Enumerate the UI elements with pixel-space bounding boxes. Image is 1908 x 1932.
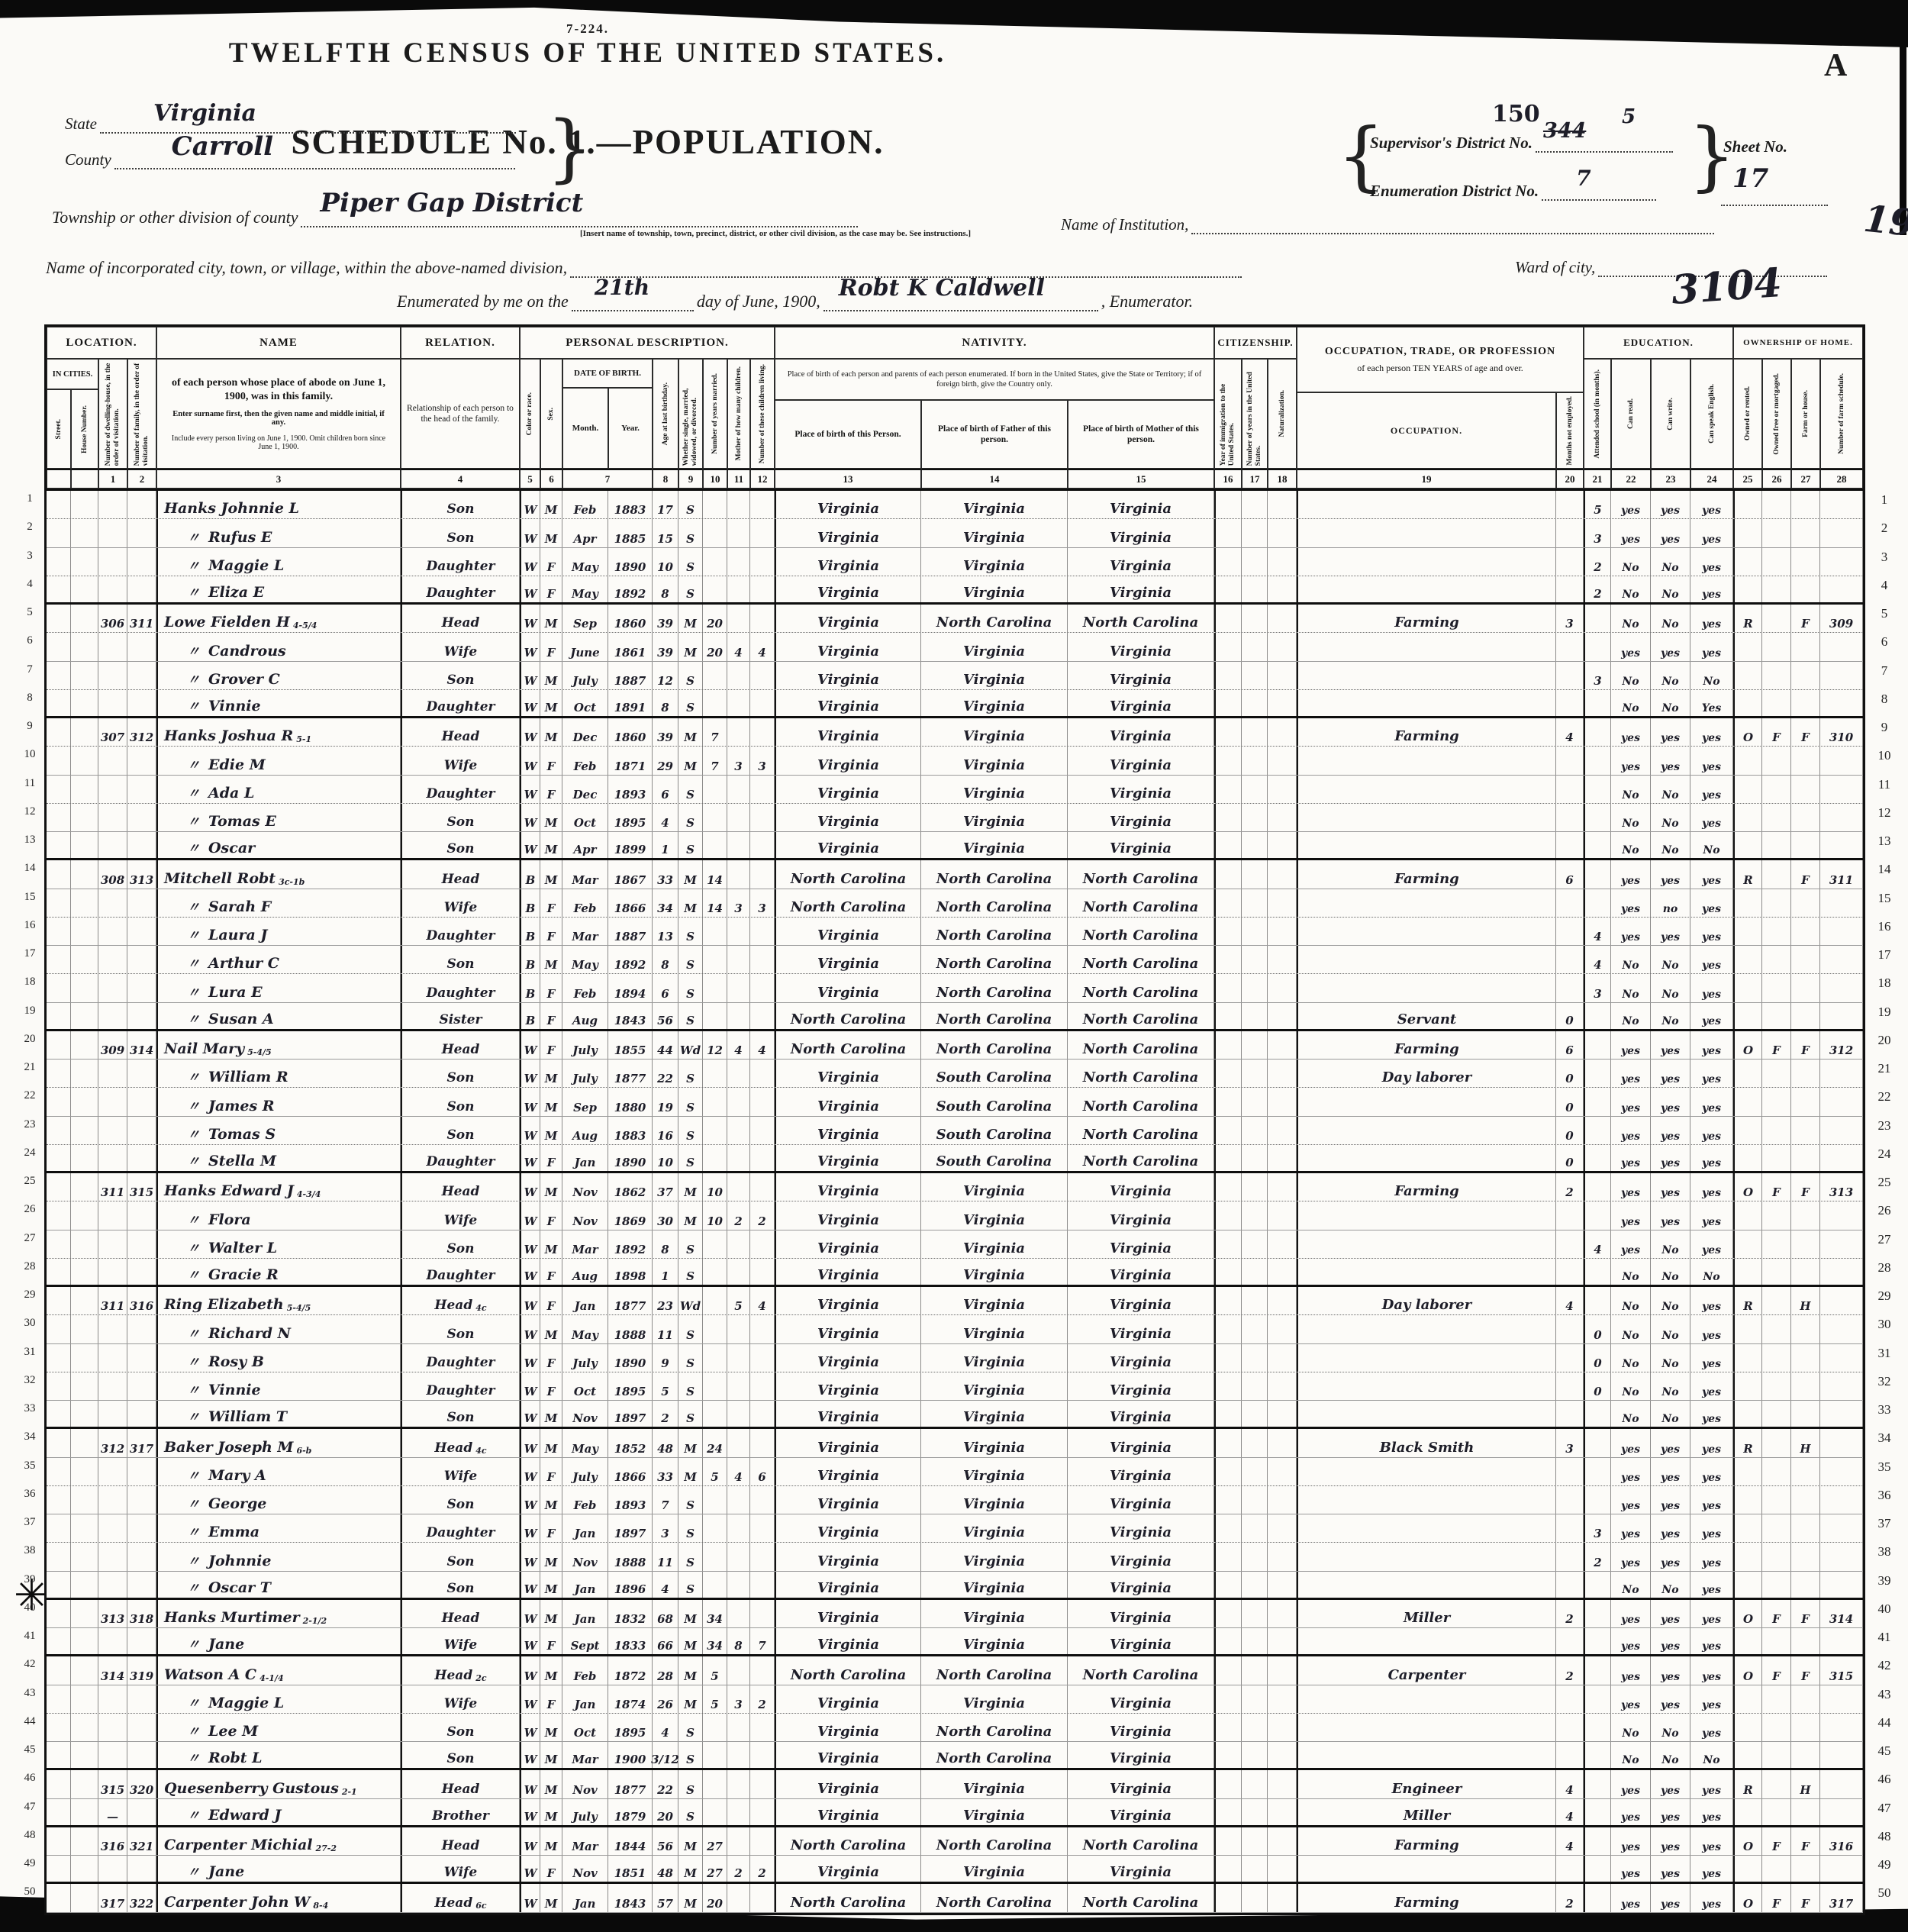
cell-school: 4 bbox=[1584, 946, 1611, 973]
cell-color: W bbox=[520, 576, 540, 602]
cell-rel: Daughter bbox=[401, 1344, 520, 1372]
cell-monthsne bbox=[1556, 918, 1584, 945]
cell-fam bbox=[127, 1572, 156, 1598]
cell-school bbox=[1584, 1060, 1611, 1087]
cell-imm bbox=[1214, 1201, 1242, 1229]
cell-marital: M bbox=[678, 1656, 703, 1684]
cell-monthsne bbox=[1556, 1344, 1584, 1372]
cell-living bbox=[750, 1259, 775, 1285]
cell-pob1: Virginia bbox=[775, 519, 921, 547]
cell-owned: O bbox=[1733, 1173, 1762, 1201]
cell-owned bbox=[1733, 519, 1762, 547]
enumerated-line: Enumerated by me on the 21th day of June… bbox=[397, 292, 1193, 311]
cell-mortg bbox=[1762, 491, 1791, 518]
institution-line: Name of Institution, bbox=[1061, 215, 1714, 234]
cell-pob1: Virginia bbox=[775, 1799, 921, 1825]
cell-street bbox=[47, 1031, 71, 1059]
cell-house bbox=[71, 804, 98, 831]
cell-rel: Daughter bbox=[401, 1372, 520, 1400]
cell-monthsne: 2 bbox=[1556, 1656, 1584, 1684]
cell-yrsmar bbox=[703, 519, 727, 547]
cell-farm bbox=[1791, 1514, 1820, 1542]
state-line: State Virginia bbox=[65, 115, 516, 134]
cell-pob1: Virginia bbox=[775, 491, 921, 518]
cell-age: 8 bbox=[653, 690, 678, 716]
cell-farm bbox=[1791, 1856, 1820, 1882]
cell-house bbox=[71, 1429, 98, 1456]
cell-sex: F bbox=[540, 918, 562, 945]
cell-pob3: Virginia bbox=[1068, 1572, 1214, 1598]
cell-english: yes bbox=[1690, 1088, 1733, 1115]
cell-owned bbox=[1733, 576, 1762, 602]
cell-street bbox=[47, 1600, 71, 1627]
line-number-left: 9 bbox=[18, 720, 41, 733]
cell-pob2: Virginia bbox=[921, 519, 1068, 547]
cell-sex: F bbox=[540, 576, 562, 602]
cell-yrsmar: 34 bbox=[703, 1600, 727, 1627]
cell-farm: F bbox=[1791, 1031, 1820, 1059]
table-row: 309314Nail Mary5-4/5HeadWFJuly185544Wd12… bbox=[47, 1031, 1863, 1060]
cell-school bbox=[1584, 633, 1611, 660]
cell-yrsmar bbox=[703, 1401, 727, 1427]
cell-school bbox=[1584, 1486, 1611, 1514]
cell-owned bbox=[1733, 1714, 1762, 1741]
cell-yrsus bbox=[1242, 1173, 1268, 1201]
cell-yrsmar: 27 bbox=[703, 1827, 727, 1855]
cell-pob2: North Carolina bbox=[921, 1714, 1068, 1741]
table-row: 〃OscarSonWMApr18991SVirginiaVirginiaVirg… bbox=[47, 832, 1863, 860]
line-number-right: 37 bbox=[1870, 1516, 1899, 1531]
cell-byear: 1887 bbox=[608, 662, 653, 689]
cell-street bbox=[47, 1117, 71, 1144]
cell-nat bbox=[1268, 1884, 1297, 1911]
cell-color: B bbox=[520, 1003, 540, 1029]
cell-read: yes bbox=[1611, 1856, 1651, 1882]
cell-house bbox=[71, 1656, 98, 1684]
line-number-left: 17 bbox=[18, 947, 41, 960]
cell-mortg bbox=[1762, 690, 1791, 716]
cell-owned: O bbox=[1733, 1884, 1762, 1911]
cell-farm bbox=[1791, 1259, 1820, 1285]
cell-schednum bbox=[1820, 548, 1863, 576]
cell-farm bbox=[1791, 1799, 1820, 1825]
cell-house bbox=[71, 605, 98, 632]
cell-byear: 1883 bbox=[608, 1117, 653, 1144]
cell-dwell bbox=[98, 1486, 127, 1514]
col-birth-month: Month. bbox=[562, 388, 608, 469]
cell-farm bbox=[1791, 889, 1820, 917]
cell-rel: Daughter bbox=[401, 690, 520, 716]
cell-occ bbox=[1297, 519, 1556, 547]
cell-nat bbox=[1268, 1060, 1297, 1087]
line-number-left: 4 bbox=[18, 578, 41, 591]
cell-mother bbox=[727, 1572, 750, 1598]
cell-pob3: North Carolina bbox=[1068, 918, 1214, 945]
cell-mother bbox=[727, 1088, 750, 1115]
col-in-cities: IN CITIES. bbox=[47, 359, 98, 389]
cell-age: 56 bbox=[653, 1827, 678, 1855]
cell-dwell bbox=[98, 1117, 127, 1144]
cell-read: No bbox=[1611, 690, 1651, 716]
line-number-right: 36 bbox=[1870, 1488, 1899, 1503]
cell-pob1: Virginia bbox=[775, 662, 921, 689]
cell-marital: S bbox=[678, 548, 703, 576]
cell-dwell: 307 bbox=[98, 718, 127, 746]
cell-yrsmar bbox=[703, 1145, 727, 1171]
population-table: LOCATION.NAMERELATION.PERSONAL DESCRIPTI… bbox=[44, 324, 1865, 1915]
cell-pob1: Virginia bbox=[775, 1287, 921, 1314]
cell-rel: Head2c bbox=[401, 1656, 520, 1684]
cell-age: 4 bbox=[653, 1714, 678, 1741]
cell-yrsmar: 20 bbox=[703, 605, 727, 632]
group-name: NAME bbox=[156, 327, 401, 359]
cell-write: yes bbox=[1651, 1799, 1690, 1825]
cell-bmonth: Jan bbox=[562, 1514, 608, 1542]
cell-age: 48 bbox=[653, 1856, 678, 1882]
cell-school bbox=[1584, 1827, 1611, 1855]
colnum-street bbox=[47, 469, 71, 489]
cell-schednum bbox=[1820, 1628, 1863, 1654]
cell-rel: Son bbox=[401, 804, 520, 831]
cell-write: No bbox=[1651, 1401, 1690, 1427]
cell-byear: 1867 bbox=[608, 860, 653, 888]
cell-owned bbox=[1733, 662, 1762, 689]
cell-fam bbox=[127, 1714, 156, 1741]
line-number-right: 8 bbox=[1870, 692, 1899, 707]
cell-color: W bbox=[520, 1656, 540, 1684]
cell-bmonth: Nov bbox=[562, 1173, 608, 1201]
cell-monthsne bbox=[1556, 690, 1584, 716]
cell-color: W bbox=[520, 1259, 540, 1285]
cell-pob3: North Carolina bbox=[1068, 1827, 1214, 1855]
cell-dwell bbox=[98, 1230, 127, 1258]
cell-dwell: 312 bbox=[98, 1429, 127, 1456]
cell-house bbox=[71, 1543, 98, 1570]
cell-occ bbox=[1297, 776, 1556, 803]
line-number-right: 17 bbox=[1870, 947, 1899, 963]
cell-living bbox=[750, 548, 775, 576]
cell-living: 2 bbox=[750, 1685, 775, 1713]
line-number-left: 35 bbox=[18, 1459, 41, 1472]
table-row: —〃Edward JBrotherWMJuly187920SVirginiaVi… bbox=[47, 1799, 1863, 1827]
cell-schednum bbox=[1820, 1742, 1863, 1768]
table-row: 〃Tomas ESonWMOct18954SVirginiaVirginiaVi… bbox=[47, 804, 1863, 832]
cell-schednum bbox=[1820, 974, 1863, 1001]
cell-name: 〃Laura J bbox=[156, 918, 401, 945]
cell-bmonth: July bbox=[562, 1031, 608, 1059]
cell-read: yes bbox=[1611, 889, 1651, 917]
cell-yrsus bbox=[1242, 1514, 1268, 1542]
cell-owned bbox=[1733, 1543, 1762, 1570]
cell-monthsne bbox=[1556, 832, 1584, 858]
cell-write: No bbox=[1651, 776, 1690, 803]
cell-rel: Son bbox=[401, 662, 520, 689]
cell-living: 4 bbox=[750, 1287, 775, 1314]
cell-marital: S bbox=[678, 1315, 703, 1343]
cell-english: No bbox=[1690, 832, 1733, 858]
cell-english: yes bbox=[1690, 1145, 1733, 1171]
cell-dwell bbox=[98, 1543, 127, 1570]
cell-color: W bbox=[520, 1770, 540, 1798]
cell-sex: F bbox=[540, 1145, 562, 1171]
cell-imm bbox=[1214, 1572, 1242, 1598]
cell-color: W bbox=[520, 1060, 540, 1087]
table-body: Hanks Johnnie LSonWMFeb188317SVirginiaVi… bbox=[47, 491, 1863, 1913]
cell-pob3: North Carolina bbox=[1068, 605, 1214, 632]
col-years-in-us: Number of years in the United States. bbox=[1242, 359, 1268, 469]
cell-owned bbox=[1733, 1088, 1762, 1115]
cell-pob1: Virginia bbox=[775, 1315, 921, 1343]
cell-byear: 1900 bbox=[608, 1742, 653, 1768]
cell-mortg bbox=[1762, 1429, 1791, 1456]
cell-byear: 1851 bbox=[608, 1856, 653, 1882]
cell-mortg bbox=[1762, 1315, 1791, 1343]
col-occupation: OCCUPATION. bbox=[1297, 392, 1556, 469]
cell-nat bbox=[1268, 1287, 1297, 1314]
cell-mother bbox=[727, 1117, 750, 1144]
cell-fam bbox=[127, 690, 156, 716]
cell-dwell bbox=[98, 1201, 127, 1229]
cell-read: No bbox=[1611, 1372, 1651, 1400]
cell-pob2: Virginia bbox=[921, 1799, 1068, 1825]
cell-name: 〃Oscar T bbox=[156, 1572, 401, 1598]
line-number-right: 49 bbox=[1870, 1857, 1899, 1872]
cell-bmonth: Feb bbox=[562, 889, 608, 917]
cell-living bbox=[750, 918, 775, 945]
cell-byear: 1880 bbox=[608, 1088, 653, 1115]
cell-yrsus bbox=[1242, 860, 1268, 888]
cell-school: 0 bbox=[1584, 1372, 1611, 1400]
cell-read: yes bbox=[1611, 1799, 1651, 1825]
cell-rel: Daughter bbox=[401, 918, 520, 945]
cell-pob2: North Carolina bbox=[921, 605, 1068, 632]
group-citizenship: CITIZENSHIP. bbox=[1214, 327, 1297, 359]
cell-mortg bbox=[1762, 1003, 1791, 1029]
line-number-left: 8 bbox=[18, 692, 41, 705]
cell-age: 22 bbox=[653, 1060, 678, 1087]
cell-color: W bbox=[520, 491, 540, 518]
cell-occ bbox=[1297, 1486, 1556, 1514]
cell-pob3: Virginia bbox=[1068, 1315, 1214, 1343]
cell-nat bbox=[1268, 1145, 1297, 1171]
line-number-left: 40 bbox=[18, 1601, 41, 1614]
cell-street bbox=[47, 1173, 71, 1201]
cell-name: 〃Jane bbox=[156, 1628, 401, 1654]
table-row: 〃Tomas SSonWMAug188316SVirginiaSouth Car… bbox=[47, 1117, 1863, 1145]
cell-house bbox=[71, 1628, 98, 1654]
cell-fam bbox=[127, 548, 156, 576]
line-number-left: 38 bbox=[18, 1544, 41, 1557]
cell-rel: Daughter bbox=[401, 974, 520, 1001]
margin-code: 3104 bbox=[1670, 260, 1784, 314]
cell-nat bbox=[1268, 1770, 1297, 1798]
cell-age: 39 bbox=[653, 633, 678, 660]
cell-rel: Son bbox=[401, 1060, 520, 1087]
cell-owned bbox=[1733, 1259, 1762, 1285]
cell-yrsus bbox=[1242, 946, 1268, 973]
cell-english: yes bbox=[1690, 1543, 1733, 1570]
cell-living bbox=[750, 1088, 775, 1115]
cell-street bbox=[47, 860, 71, 888]
cell-yrsus bbox=[1242, 1770, 1268, 1798]
cell-bmonth: Feb bbox=[562, 1656, 608, 1684]
cell-school: 3 bbox=[1584, 519, 1611, 547]
cell-dwell bbox=[98, 1856, 127, 1882]
cell-dwell bbox=[98, 1572, 127, 1598]
cell-schednum bbox=[1820, 1372, 1863, 1400]
cell-occ bbox=[1297, 1514, 1556, 1542]
cell-sex: F bbox=[540, 776, 562, 803]
cell-living bbox=[750, 1230, 775, 1258]
county-line: County Carroll bbox=[65, 150, 515, 169]
cell-rel: Head bbox=[401, 1770, 520, 1798]
cell-yrsmar bbox=[703, 946, 727, 973]
cell-pob2: Virginia bbox=[921, 804, 1068, 831]
cell-yrsmar bbox=[703, 1117, 727, 1144]
cell-color: W bbox=[520, 747, 540, 774]
cell-pob3: North Carolina bbox=[1068, 1884, 1214, 1911]
cell-fam bbox=[127, 662, 156, 689]
cell-pob1: Virginia bbox=[775, 1458, 921, 1485]
cell-pob1: Virginia bbox=[775, 1543, 921, 1570]
cell-schednum bbox=[1820, 1259, 1863, 1285]
cell-read: yes bbox=[1611, 491, 1651, 518]
table-row: 314319Watson A C4-1/4Head2cWMFeb187228M5… bbox=[47, 1656, 1863, 1685]
cell-sex: F bbox=[540, 1856, 562, 1882]
cell-nat bbox=[1268, 1201, 1297, 1229]
cell-farm bbox=[1791, 662, 1820, 689]
cell-yrsmar bbox=[703, 491, 727, 518]
cell-house bbox=[71, 1856, 98, 1882]
cell-yrsmar bbox=[703, 1003, 727, 1029]
cell-mother bbox=[727, 1230, 750, 1258]
cell-owned bbox=[1733, 1401, 1762, 1427]
cell-yrsmar bbox=[703, 662, 727, 689]
col-can-read: Can read. bbox=[1611, 359, 1651, 469]
cell-nat bbox=[1268, 946, 1297, 973]
cell-dwell: 316 bbox=[98, 1827, 127, 1855]
table-row: 〃Laura JDaughterBFMar188713SVirginiaNort… bbox=[47, 918, 1863, 946]
cell-read: No bbox=[1611, 1714, 1651, 1741]
cell-owned: R bbox=[1733, 860, 1762, 888]
col-color-race: Color or race. bbox=[520, 359, 540, 469]
cell-mortg: F bbox=[1762, 1031, 1791, 1059]
cell-pob1: Virginia bbox=[775, 946, 921, 973]
cell-mortg bbox=[1762, 832, 1791, 858]
cell-owned bbox=[1733, 1799, 1762, 1825]
line-number-left: 10 bbox=[18, 748, 41, 761]
line-number-right: 50 bbox=[1870, 1885, 1899, 1901]
cell-mother: 4 bbox=[727, 633, 750, 660]
cell-write: No bbox=[1651, 832, 1690, 858]
cell-pob3: Virginia bbox=[1068, 1173, 1214, 1201]
cell-pob2: South Carolina bbox=[921, 1117, 1068, 1144]
cell-yrsmar: 10 bbox=[703, 1201, 727, 1229]
cell-pob2: Virginia bbox=[921, 491, 1068, 518]
cell-pob1: Virginia bbox=[775, 718, 921, 746]
cell-street bbox=[47, 918, 71, 945]
cell-bmonth: Sep bbox=[562, 605, 608, 632]
cell-monthsne bbox=[1556, 747, 1584, 774]
cell-yrsus bbox=[1242, 1429, 1268, 1456]
cell-pob1: North Carolina bbox=[775, 1884, 921, 1911]
cell-schednum bbox=[1820, 1572, 1863, 1598]
cell-bmonth: Mar bbox=[562, 1742, 608, 1768]
cell-sex: F bbox=[540, 1259, 562, 1285]
cell-dwell: 315 bbox=[98, 1770, 127, 1798]
cell-english: yes bbox=[1690, 889, 1733, 917]
cell-dwell bbox=[98, 1315, 127, 1343]
cell-age: 9 bbox=[653, 1344, 678, 1372]
col-street: Street. bbox=[47, 389, 71, 469]
cell-house bbox=[71, 1770, 98, 1798]
cell-owned bbox=[1733, 1003, 1762, 1029]
cell-nat bbox=[1268, 860, 1297, 888]
cell-owned bbox=[1733, 633, 1762, 660]
cell-byear: 1852 bbox=[608, 1429, 653, 1456]
cell-pob3: North Carolina bbox=[1068, 974, 1214, 1001]
cell-house bbox=[71, 1230, 98, 1258]
cell-read: No bbox=[1611, 832, 1651, 858]
cell-write: yes bbox=[1651, 860, 1690, 888]
cell-read: No bbox=[1611, 1315, 1651, 1343]
cell-write: yes bbox=[1651, 1656, 1690, 1684]
cell-read: No bbox=[1611, 974, 1651, 1001]
cell-yrsmar bbox=[703, 1259, 727, 1285]
colnum-7: 7 bbox=[562, 469, 653, 489]
cell-occ bbox=[1297, 1572, 1556, 1598]
cell-rel: Son bbox=[401, 1117, 520, 1144]
cell-yrsmar bbox=[703, 1372, 727, 1400]
supervisor-struck-value: 344 bbox=[1543, 119, 1586, 143]
col-owned-free-mortgaged: Owned free or mortgaged. bbox=[1762, 359, 1791, 469]
cell-fam bbox=[127, 832, 156, 858]
cell-byear: 1832 bbox=[608, 1600, 653, 1627]
cell-fam bbox=[127, 1458, 156, 1485]
table-row: 〃Oscar TSonWMJan18964SVirginiaVirginiaVi… bbox=[47, 1572, 1863, 1600]
cell-yrsmar bbox=[703, 1770, 727, 1798]
cell-mother bbox=[727, 1259, 750, 1285]
cell-imm bbox=[1214, 1685, 1242, 1713]
cell-read: yes bbox=[1611, 1031, 1651, 1059]
cell-pob2: North Carolina bbox=[921, 1827, 1068, 1855]
line-number-left: 29 bbox=[18, 1289, 41, 1301]
cell-marital: S bbox=[678, 1799, 703, 1825]
cell-mortg bbox=[1762, 1088, 1791, 1115]
cell-write: No bbox=[1651, 548, 1690, 576]
cell-fam bbox=[127, 576, 156, 602]
cell-mother: 3 bbox=[727, 747, 750, 774]
cell-owned: O bbox=[1733, 1031, 1762, 1059]
cell-dwell bbox=[98, 1344, 127, 1372]
line-number-right: 46 bbox=[1870, 1772, 1899, 1787]
cell-sex: M bbox=[540, 1656, 562, 1684]
cell-pob1: Virginia bbox=[775, 776, 921, 803]
cell-fam: 318 bbox=[127, 1600, 156, 1627]
cell-living bbox=[750, 1827, 775, 1855]
cell-name: Hanks Johnnie L bbox=[156, 491, 401, 518]
cell-pob1: Virginia bbox=[775, 1060, 921, 1087]
cell-rel: Son bbox=[401, 946, 520, 973]
cell-farm bbox=[1791, 1486, 1820, 1514]
cell-mortg: F bbox=[1762, 1827, 1791, 1855]
cell-mother bbox=[727, 974, 750, 1001]
cell-age: 10 bbox=[653, 548, 678, 576]
cell-english: yes bbox=[1690, 918, 1733, 945]
cell-monthsne: 0 bbox=[1556, 1003, 1584, 1029]
cell-imm bbox=[1214, 1628, 1242, 1654]
cell-fam bbox=[127, 1344, 156, 1372]
